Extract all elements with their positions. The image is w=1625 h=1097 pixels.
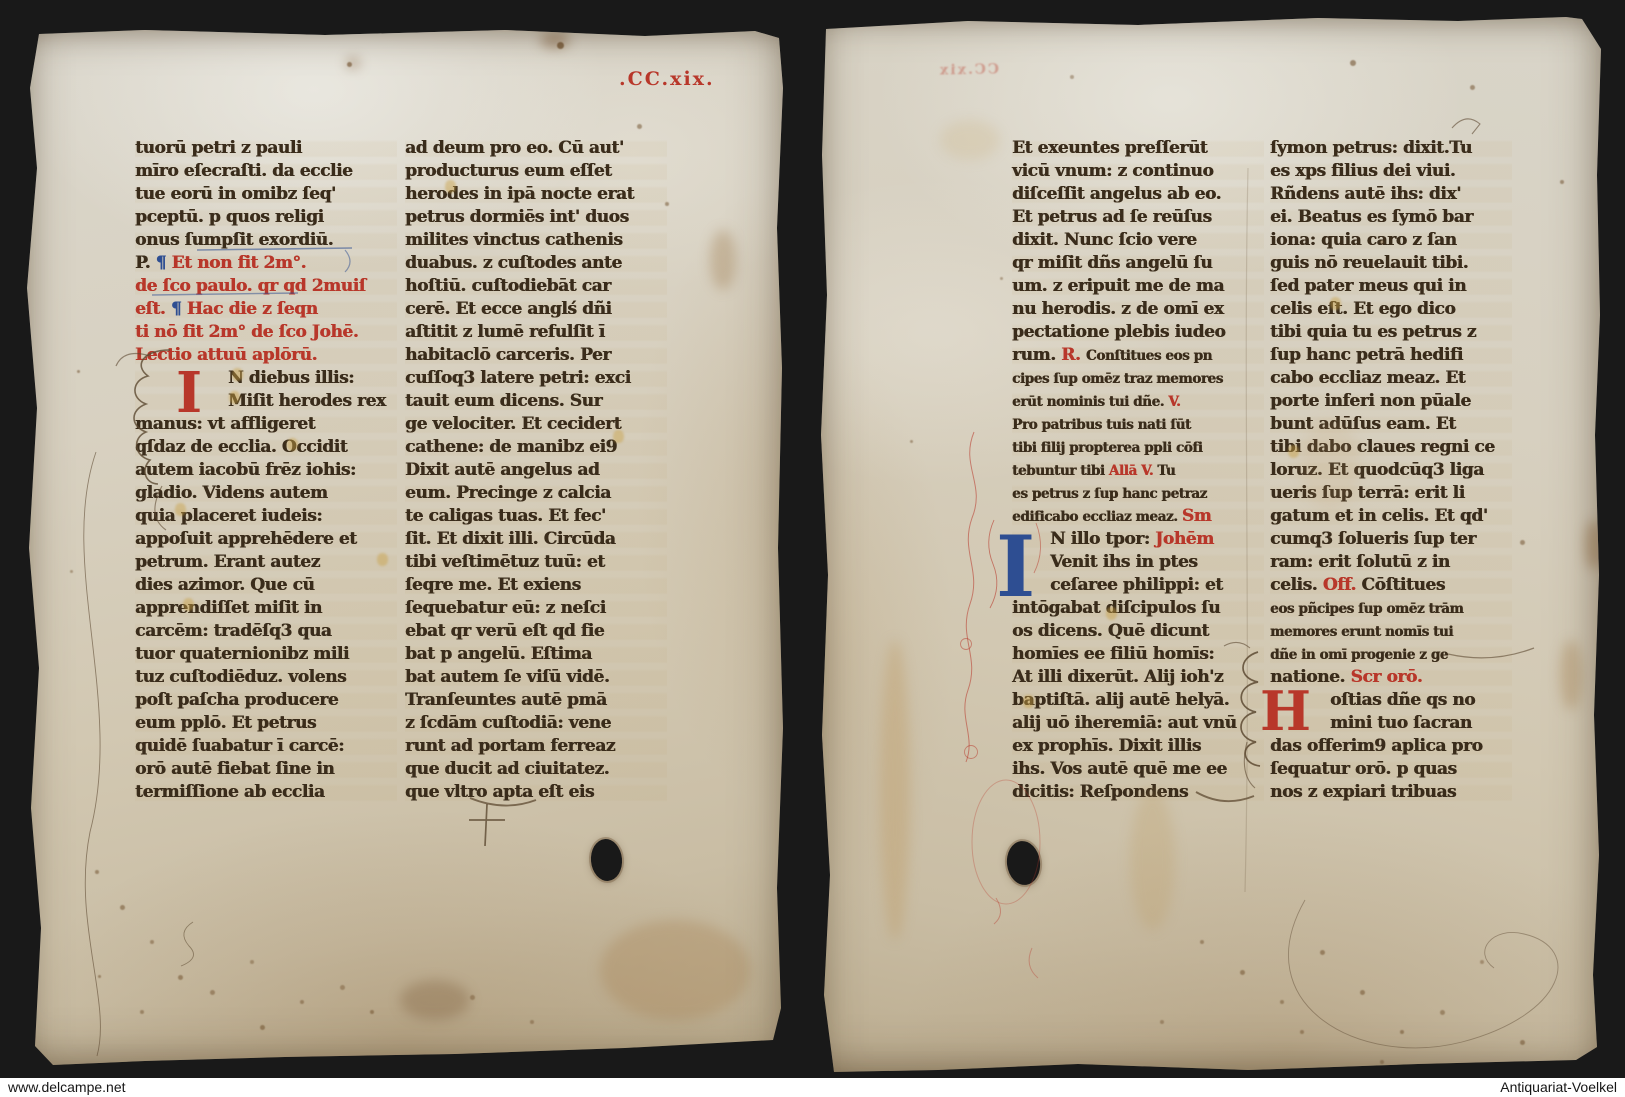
text-line: rum. R. Conſtitues eos pn	[1012, 344, 1264, 367]
text-line: ei. Beatus es ſymō bar	[1270, 206, 1512, 229]
text-line: cabo eccliaz meaz. Et	[1270, 367, 1512, 390]
text-line: ti nō fit 2m° de ſco Johē.	[135, 321, 397, 344]
text-segment: memores erunt nomīs tui	[1270, 624, 1453, 640]
text-segment: ceſaree philippi: et	[1050, 575, 1223, 595]
text-segment: appoſuit apprehēdere et	[135, 529, 357, 549]
speck	[530, 1020, 534, 1024]
text-line: memores erunt nomīs tui	[1270, 620, 1512, 643]
text-line: bat autem ſe viſū vidē.	[405, 666, 667, 689]
text-segment: cipes ſup omēz traz memores	[1012, 371, 1223, 387]
text-segment: ti nō fit 2m° de ſco Johē.	[135, 322, 358, 342]
text-segment: um. z eripuit me de ma	[1012, 276, 1224, 296]
text-segment: homīes ee filiū homīs:	[1012, 644, 1214, 664]
stain	[940, 120, 1000, 160]
text-segment: carcēm: tradēſq3 qua	[135, 621, 331, 641]
text-segment: tuorū petri z pauli	[135, 138, 302, 158]
text-segment: que ducit ad ciuitatez.	[405, 759, 609, 779]
text-line: ihs. Vos autē quē me ee	[1012, 758, 1264, 781]
text-segment: Venit ihs in ptes	[1050, 552, 1197, 572]
left-text-column-2: ad deum pro eo. Cū aut'producturus eum e…	[405, 137, 667, 804]
text-line: os dicens. Quē dicunt	[1012, 620, 1264, 643]
text-segment: gatum et in celis. Et qd'	[1270, 506, 1488, 526]
text-line: dicitis: Reſpondens	[1012, 781, 1264, 804]
text-segment: edificabo eccliaz meaz.	[1012, 509, 1182, 525]
stain	[1585, 520, 1603, 570]
stain	[600, 920, 750, 1020]
text-line: milites vinctus cathenis	[405, 229, 667, 252]
text-line: eſt. ¶ Hac die z ſeqn	[135, 298, 397, 321]
text-segment: Dixit autē angelus ad	[405, 460, 599, 480]
text-line: Et exeuntes preſſerūt	[1012, 137, 1264, 160]
text-line: N diebus illis:	[135, 367, 397, 390]
text-segment: Off.	[1323, 575, 1362, 595]
text-segment: natione.	[1270, 667, 1350, 687]
text-line: petrus dormiēs int' duos	[405, 206, 667, 229]
text-line: tue eorū in omibz ſeq'	[135, 183, 397, 206]
stain	[1560, 640, 1582, 710]
text-line: homīes ee filiū homīs:	[1012, 643, 1264, 666]
text-line: erūt nominis tui dñe. V.	[1012, 390, 1264, 413]
text-segment: quidē ſuabatur ī carcē:	[135, 736, 344, 756]
text-segment: N diebus illis:	[228, 368, 354, 388]
text-segment: bat p angelū. Eſtima	[405, 644, 592, 664]
text-line: nos z expiari tribuas	[1270, 781, 1512, 804]
text-segment: qſdaz de ecclia. Occidit	[135, 437, 347, 457]
text-segment: dixit. Nunc ſcio vere	[1012, 230, 1197, 250]
text-line: qr miſit dñs angelū ſu	[1012, 252, 1264, 275]
text-segment: orō autē fiebat ſine in	[135, 759, 334, 779]
text-line: gladio. Videns autem	[135, 482, 397, 505]
text-segment: quia placeret iudeis:	[135, 506, 322, 526]
watermark-strip: www.delcampe.net Antiquariat-Voelkel	[0, 1078, 1625, 1097]
text-line: ſequatur orō. p quas	[1270, 758, 1512, 781]
text-line: cuſſoq3 latere petri: exci	[405, 367, 667, 390]
text-line: tibi filij propterea ppli cōfi	[1012, 436, 1264, 459]
text-segment: onus ſumpſit exordiū.	[135, 230, 333, 250]
speck	[1160, 1020, 1164, 1024]
speck	[1350, 60, 1356, 66]
text-segment: intōgabat diſcipulos ſu	[1012, 598, 1220, 618]
text-line: Tranſeuntes autē pmā	[405, 689, 667, 712]
text-segment: Tu	[1157, 463, 1175, 479]
text-line: tuorū petri z pauli	[135, 137, 397, 160]
text-line: porte inferi non pūale	[1270, 390, 1512, 413]
text-segment: ¶	[156, 253, 172, 273]
text-line: ſeqre me. Et exiens	[405, 574, 667, 597]
text-line: qſdaz de ecclia. Occidit	[135, 436, 397, 459]
text-line: duabus. z cuſtodes ante	[405, 252, 667, 275]
text-segment: os dicens. Quē dicunt	[1012, 621, 1209, 641]
text-line: pceptū. p quos religi	[135, 206, 397, 229]
text-line: celis eſt. Et ego dico	[1270, 298, 1512, 321]
speck	[1520, 1040, 1525, 1045]
text-line: es xps filius dei viui.	[1270, 160, 1512, 183]
text-segment: z ſcdām cuſtodiā: vene	[405, 713, 611, 733]
text-segment: eum. Precinge z calcia	[405, 483, 611, 503]
speck	[1480, 960, 1484, 964]
text-segment: Miſit herodes rex	[228, 391, 386, 411]
text-line: P. ¶ Et non fit 2m°.	[135, 252, 397, 275]
text-segment: ſed pater meus qui in	[1270, 276, 1466, 296]
speck	[910, 440, 913, 443]
text-line: loruz. Et quodcūq3 liga	[1270, 459, 1512, 482]
text-line: dñe in omī progenie z ge	[1270, 643, 1512, 666]
speck	[637, 124, 642, 129]
text-segment: vicū vnum: z continuo	[1012, 161, 1213, 181]
wormhole	[1004, 839, 1042, 887]
text-line: petrum. Erant autez	[135, 551, 397, 574]
text-segment: oſtias dñe qs no	[1330, 690, 1475, 710]
text-line: alij uō iheremiā: aut vnū	[1012, 712, 1264, 735]
wormhole	[589, 838, 624, 883]
text-segment: diſceſſit angelus ab eo.	[1012, 184, 1221, 204]
speck	[120, 905, 125, 910]
speck	[340, 985, 345, 990]
speck	[300, 1000, 304, 1004]
text-line: celis. Off. Cōſtitues	[1270, 574, 1512, 597]
text-segment: alij uō iheremiā: aut vnū	[1012, 713, 1236, 733]
text-segment: ad deum pro eo. Cū aut'	[405, 138, 624, 158]
speck	[98, 975, 101, 978]
text-line: tuz cuſtodiēduz. volens	[135, 666, 397, 689]
text-segment: dicitis: Reſpondens	[1012, 782, 1188, 802]
text-segment: manus: vt affligeret	[135, 414, 315, 434]
text-segment: dñe in omī progenie z ge	[1270, 647, 1448, 663]
speck	[347, 62, 352, 67]
text-line: um. z eripuit me de ma	[1012, 275, 1264, 298]
text-line: autem iacobū frēz iohis:	[135, 459, 397, 482]
text-line: tauit eum dicens. Sur	[405, 390, 667, 413]
text-line: ram: erit ſolutū z in	[1270, 551, 1512, 574]
text-segment: iona: quia caro z ſan	[1270, 230, 1456, 250]
watermark-url: www.delcampe.net	[8, 1079, 126, 1095]
speck	[1280, 1000, 1284, 1004]
text-segment: Lectio attuū aplōrū.	[135, 345, 317, 365]
text-line: quidē ſuabatur ī carcē:	[135, 735, 397, 758]
text-line: oſtias dñe qs no	[1270, 689, 1512, 712]
speck	[1400, 1030, 1404, 1034]
text-segment: cerē. Et ecce anglś dñi	[405, 299, 611, 319]
text-line: es petrus z ſup hanc petraz	[1012, 482, 1264, 505]
speck	[70, 570, 73, 573]
text-segment: At illi dixerūt. Alij ioh'z	[1012, 667, 1223, 687]
text-line: orō autē fiebat ſine in	[135, 758, 397, 781]
text-segment: celis.	[1270, 575, 1323, 595]
speck	[1240, 970, 1245, 975]
text-line: bunt adūſus eam. Et	[1270, 413, 1512, 436]
speck	[1200, 940, 1204, 944]
text-segment: ebat qr verū eſt qd fie	[405, 621, 604, 641]
text-line: intōgabat diſcipulos ſu	[1012, 597, 1264, 620]
stain	[540, 32, 570, 48]
text-line: ueris ſup terrā: erit li	[1270, 482, 1512, 505]
text-segment: termiſſione ab ecclia	[135, 782, 324, 802]
text-segment: eſt.	[135, 299, 171, 319]
speck	[260, 1025, 265, 1030]
text-segment: loruz. Et quodcūq3 liga	[1270, 460, 1484, 480]
text-segment: tibi dabo claues regni ce	[1270, 437, 1495, 457]
text-segment: cuſſoq3 latere petri: exci	[405, 368, 631, 388]
text-segment: ſup hanc petrā hedifi	[1270, 345, 1463, 365]
speck	[77, 370, 80, 373]
text-line: cumq3 ſolueris ſup ter	[1270, 528, 1512, 551]
text-line: manus: vt affligeret	[135, 413, 397, 436]
text-line: ſup hanc petrā hedifi	[1270, 344, 1512, 367]
text-line: ad deum pro eo. Cū aut'	[405, 137, 667, 160]
text-segment: ihs. Vos autē quē me ee	[1012, 759, 1227, 779]
speck	[1000, 277, 1003, 280]
text-line: pectatione plebis iudeo	[1012, 321, 1264, 344]
left-page: .CC.xix. tuorū petri z paulimīro eſecraſ…	[25, 28, 786, 1065]
speck	[1360, 990, 1365, 995]
text-segment: aſtitit z lumē refulſit ī	[405, 322, 605, 342]
left-text-column-1: tuorū petri z paulimīro eſecraſti. da ec…	[135, 137, 397, 804]
offset-folio-mark: CC.xix	[938, 61, 999, 78]
text-segment: gladio. Videns autem	[135, 483, 328, 503]
text-segment: tibi filij propterea ppli cōfi	[1012, 440, 1202, 456]
right-text-column-2: ſymon petrus: dixit.Tues xps filius dei …	[1270, 137, 1512, 804]
text-segment: Conſtitues eos pn	[1086, 348, 1212, 364]
text-segment: tuz cuſtodiēduz. volens	[135, 667, 346, 687]
speck	[210, 990, 215, 995]
text-segment: tauit eum dicens. Sur	[405, 391, 602, 411]
text-segment: cumq3 ſolueris ſup ter	[1270, 529, 1476, 549]
speck	[150, 940, 154, 944]
right-page: CC.xix Et exeuntes preſſerūtvicū vnum: z…	[818, 15, 1601, 1072]
text-line: Et petrus ad ſe reūſus	[1012, 206, 1264, 229]
text-segment: es petrus z ſup hanc petraz	[1012, 486, 1207, 502]
text-segment: ram: erit ſolutū z in	[1270, 552, 1450, 572]
text-segment: ſymon petrus: dixit.Tu	[1270, 138, 1472, 158]
stain	[880, 640, 910, 940]
text-segment: apprendiſſet miſit in	[135, 598, 322, 618]
text-segment: te caligas tuas. Et fec'	[405, 506, 606, 526]
text-line: Rñdens autē ihs: dix'	[1270, 183, 1512, 206]
text-line: tibi quia tu es petrus z	[1270, 321, 1512, 344]
stain	[347, 58, 359, 68]
speck	[1070, 75, 1074, 79]
text-segment: ei. Beatus es ſymō bar	[1270, 207, 1473, 227]
text-segment: ueris ſup terrā: erit li	[1270, 483, 1465, 503]
text-line: carcēm: tradēſq3 qua	[135, 620, 397, 643]
text-segment: qr miſit dñs angelū ſu	[1012, 253, 1212, 273]
text-segment: tibi veſtimētuz tuū: et	[405, 552, 605, 572]
folio-number: .CC.xix.	[619, 68, 715, 90]
text-line: Miſit herodes rex	[135, 390, 397, 413]
text-segment: bunt adūſus eam. Et	[1270, 414, 1456, 434]
text-segment: mini tuo ſacran	[1330, 713, 1472, 733]
text-segment: porte inferi non pūale	[1270, 391, 1471, 411]
text-line: mini tuo ſacran	[1270, 712, 1512, 735]
text-segment: nos z expiari tribuas	[1270, 782, 1456, 802]
text-segment: guis nō reuelauit tibi.	[1270, 253, 1468, 273]
text-line: ſed pater meus qui in	[1270, 275, 1512, 298]
right-text-column-1: Et exeuntes preſſerūtvicū vnum: z contin…	[1012, 137, 1264, 804]
text-segment: que vltro apta eſt eis	[405, 782, 594, 802]
manuscript-photo: .CC.xix. tuorū petri z paulimīro eſecraſ…	[0, 0, 1625, 1097]
text-line: nu herodis. z de omī ex	[1012, 298, 1264, 321]
text-segment: das offerim9 aplica pro	[1270, 736, 1482, 756]
text-line: habitaclō carceris. Per	[405, 344, 667, 367]
speck	[1380, 1060, 1384, 1064]
text-line: ſymon petrus: dixit.Tu	[1270, 137, 1512, 160]
text-segment: ſeqre me. Et exiens	[405, 575, 581, 595]
text-line: apprendiſſet miſit in	[135, 597, 397, 620]
text-segment: bat autem ſe viſū vidē.	[405, 667, 609, 687]
text-segment: baptiſtā. alij autē helyā.	[1012, 690, 1229, 710]
text-line: ceſaree philippi: et	[1012, 574, 1264, 597]
text-line: ex prophīs. Dixit illis	[1012, 735, 1264, 758]
text-segment: Cōſtitues	[1361, 575, 1445, 595]
text-segment: nu herodis. z de omī ex	[1012, 299, 1224, 319]
text-line: te caligas tuas. Et fec'	[405, 505, 667, 528]
text-segment: habitaclō carceris. Per	[405, 345, 611, 365]
text-line: Dixit autē angelus ad	[405, 459, 667, 482]
text-line: eos pñcipes ſup omēz trām	[1270, 597, 1512, 620]
text-line: N illo tpor: Johēm	[1012, 528, 1264, 551]
text-segment: V.	[1168, 394, 1180, 410]
text-segment: Sm	[1182, 506, 1211, 526]
text-line: iona: quia caro z ſan	[1270, 229, 1512, 252]
stain	[710, 230, 736, 290]
text-line: natione. Scr orō.	[1270, 666, 1512, 689]
text-line: dixit. Nunc ſcio vere	[1012, 229, 1264, 252]
speck	[470, 995, 475, 1000]
text-segment: ſequebatur eū: z neſci	[405, 598, 606, 618]
text-line: cathene: de manibz ei9	[405, 436, 667, 459]
speck	[250, 960, 254, 964]
text-line: tibi veſtimētuz tuū: et	[405, 551, 667, 574]
text-segment: Et exeuntes preſſerūt	[1012, 138, 1207, 158]
text-segment: Et petrus ad ſe reūſus	[1012, 207, 1212, 227]
text-line: ge velociter. Et cecidert	[405, 413, 667, 436]
text-segment: Johēm	[1155, 529, 1214, 549]
speck	[1300, 1030, 1304, 1034]
text-segment: erūt nominis tui dñe.	[1012, 394, 1168, 410]
text-segment: mīro eſecraſti. da ecclie	[135, 161, 352, 181]
text-line: z ſcdām cuſtodiā: vene	[405, 712, 667, 735]
text-line: Lectio attuū aplōrū.	[135, 344, 397, 367]
text-line: vicū vnum: z continuo	[1012, 160, 1264, 183]
text-segment: cathene: de manibz ei9	[405, 437, 617, 457]
text-line: dies azimor. Que cū	[135, 574, 397, 597]
text-segment: runt ad portam ferreaz	[405, 736, 615, 756]
text-segment: producturus eum eſſet	[405, 161, 612, 181]
text-line: runt ad portam ferreaz	[405, 735, 667, 758]
text-segment: herodes in ipā nocte erat	[405, 184, 634, 204]
text-line: cipes ſup omēz traz memores	[1012, 367, 1264, 390]
text-line: At illi dixerūt. Alij ioh'z	[1012, 666, 1264, 689]
text-segment: pectatione plebis iudeo	[1012, 322, 1225, 342]
speck	[1520, 540, 1525, 545]
text-line: cerē. Et ecce anglś dñi	[405, 298, 667, 321]
text-segment: dies azimor. Que cū	[135, 575, 314, 595]
text-segment: P.	[135, 253, 156, 273]
text-line: appoſuit apprehēdere et	[135, 528, 397, 551]
text-line: hoſtiū. cuſtodiebāt car	[405, 275, 667, 298]
text-line: termiſſione ab ecclia	[135, 781, 397, 804]
text-segment: tuor quaternionibz mili	[135, 644, 349, 664]
text-segment: Pro patribus tuis nati ſūt	[1012, 417, 1191, 433]
text-segment: Scr orō.	[1350, 667, 1422, 687]
text-line: herodes in ipā nocte erat	[405, 183, 667, 206]
text-line: Pro patribus tuis nati ſūt	[1012, 413, 1264, 436]
speck	[1470, 85, 1475, 90]
speck	[1560, 180, 1564, 184]
text-line: que vltro apta eſt eis	[405, 781, 667, 804]
text-segment: ¶	[171, 299, 187, 319]
text-segment: tibi quia tu es petrus z	[1270, 322, 1476, 342]
text-line: poſt paſcha producere	[135, 689, 397, 712]
text-segment: tue eorū in omibz ſeq'	[135, 184, 336, 204]
text-line: quia placeret iudeis:	[135, 505, 397, 528]
text-line: ſit. Et dixit illi. Circūda	[405, 528, 667, 551]
text-segment: N illo tpor:	[1050, 529, 1155, 549]
text-segment: petrus dormiēs int' duos	[405, 207, 629, 227]
text-line: mīro eſecraſti. da ecclie	[135, 160, 397, 183]
stain	[1130, 790, 1175, 930]
text-segment: poſt paſcha producere	[135, 690, 338, 710]
text-line: bat p angelū. Eſtima	[405, 643, 667, 666]
text-line: guis nō reuelauit tibi.	[1270, 252, 1512, 275]
text-segment: hoſtiū. cuſtodiebāt car	[405, 276, 611, 296]
text-segment: tebuntur tibi	[1012, 463, 1109, 479]
text-line: ſequebatur eū: z neſci	[405, 597, 667, 620]
text-line: que ducit ad ciuitatez.	[405, 758, 667, 781]
text-line: tuor quaternionibz mili	[135, 643, 397, 666]
text-line: producturus eum eſſet	[405, 160, 667, 183]
text-segment: Rñdens autē ihs: dix'	[1270, 184, 1461, 204]
watermark-seller: Antiquariat-Voelkel	[1500, 1079, 1617, 1095]
text-line: tibi dabo claues regni ce	[1270, 436, 1512, 459]
text-segment: cabo eccliaz meaz. Et	[1270, 368, 1465, 388]
text-segment: ex prophīs. Dixit illis	[1012, 736, 1201, 756]
speck	[1440, 1010, 1445, 1015]
speck	[140, 1010, 144, 1014]
speck	[1320, 950, 1325, 955]
text-segment: de ſco paulo. qr qd 2muiſ	[135, 276, 366, 296]
text-segment: Tranſeuntes autē pmā	[405, 690, 607, 710]
text-segment: Allā V.	[1109, 463, 1158, 479]
text-segment: autem iacobū frēz iohis:	[135, 460, 356, 480]
speck	[178, 975, 183, 980]
text-segment: petrum. Erant autez	[135, 552, 320, 572]
text-line: tebuntur tibi Allā V. Tu	[1012, 459, 1264, 482]
text-line: gatum et in celis. Et qd'	[1270, 505, 1512, 528]
text-line: eum pplō. Et petrus	[135, 712, 397, 735]
speck	[95, 870, 99, 874]
text-line: ebat qr verū eſt qd fie	[405, 620, 667, 643]
text-segment: celis eſt. Et ego dico	[1270, 299, 1455, 319]
text-segment: Et non fit 2m°.	[172, 253, 306, 273]
text-segment: ſequatur orō. p quas	[1270, 759, 1457, 779]
text-line: onus ſumpſit exordiū.	[135, 229, 397, 252]
speck	[370, 1010, 374, 1014]
text-segment: R.	[1061, 345, 1086, 365]
text-line: de ſco paulo. qr qd 2muiſ	[135, 275, 397, 298]
text-line: diſceſſit angelus ab eo.	[1012, 183, 1264, 206]
text-segment: eum pplō. Et petrus	[135, 713, 316, 733]
text-segment: duabus. z cuſtodes ante	[405, 253, 622, 273]
text-line: baptiſtā. alij autē helyā.	[1012, 689, 1264, 712]
speck	[557, 42, 564, 49]
text-line: das offerim9 aplica pro	[1270, 735, 1512, 758]
stain	[400, 980, 470, 1020]
text-line: aſtitit z lumē refulſit ī	[405, 321, 667, 344]
text-segment: eos pñcipes ſup omēz trām	[1270, 601, 1463, 617]
text-segment: rum.	[1012, 345, 1061, 365]
text-segment: pceptū. p quos religi	[135, 207, 324, 227]
